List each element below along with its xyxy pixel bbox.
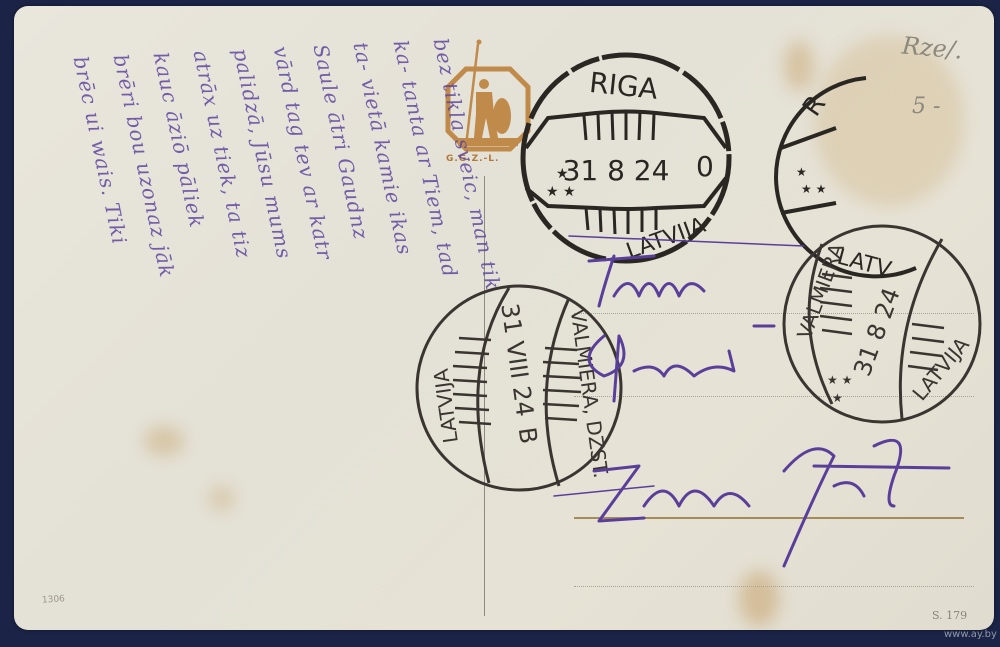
postmark-date: 31 8 24 [848,284,906,380]
svg-text:★ ★: ★ ★ [801,182,826,196]
postcard: G.G.Z.-L. bez tikla sveic, man tikka- ta… [14,6,994,630]
svg-text:★ ★: ★ ★ [827,373,852,387]
serial-number: S. 179 [932,609,967,622]
watermark: www.ay.by [944,629,997,640]
corner-number: 1306 [42,594,66,606]
postmark-country: LATVIJA [429,367,463,445]
postmark-suffix: B [513,425,543,445]
svg-text:R: R [797,90,832,122]
postmark-city: RIGA [588,66,660,106]
address-handwriting [554,236,949,566]
pencil-note: Rze/. [901,31,964,64]
postmarks-layer: RIGA 31 8 24 0 LATVIJA ★ ★ ★ R ★ ★ ★ LAT… [14,6,994,630]
postmark-date: 31 8 24 [563,154,670,187]
svg-text:★: ★ [556,166,569,182]
postmark-valmiera-dzst: 31 VIII 24 B VALMIERA, DZST. LATVIJA [417,286,621,500]
postmark-date: 31 VIII 24 [495,302,539,419]
postmark-riga: RIGA 31 8 24 0 LATVIJA ★ ★ ★ [523,55,729,264]
svg-text:★: ★ [796,165,807,179]
postmark-suffix: 0 [696,150,714,183]
svg-text:★ ★: ★ ★ [546,184,576,200]
pencil-note: 5 - [912,94,940,119]
postmark-country: LATVIJA [907,332,974,405]
svg-text:★: ★ [832,391,843,405]
